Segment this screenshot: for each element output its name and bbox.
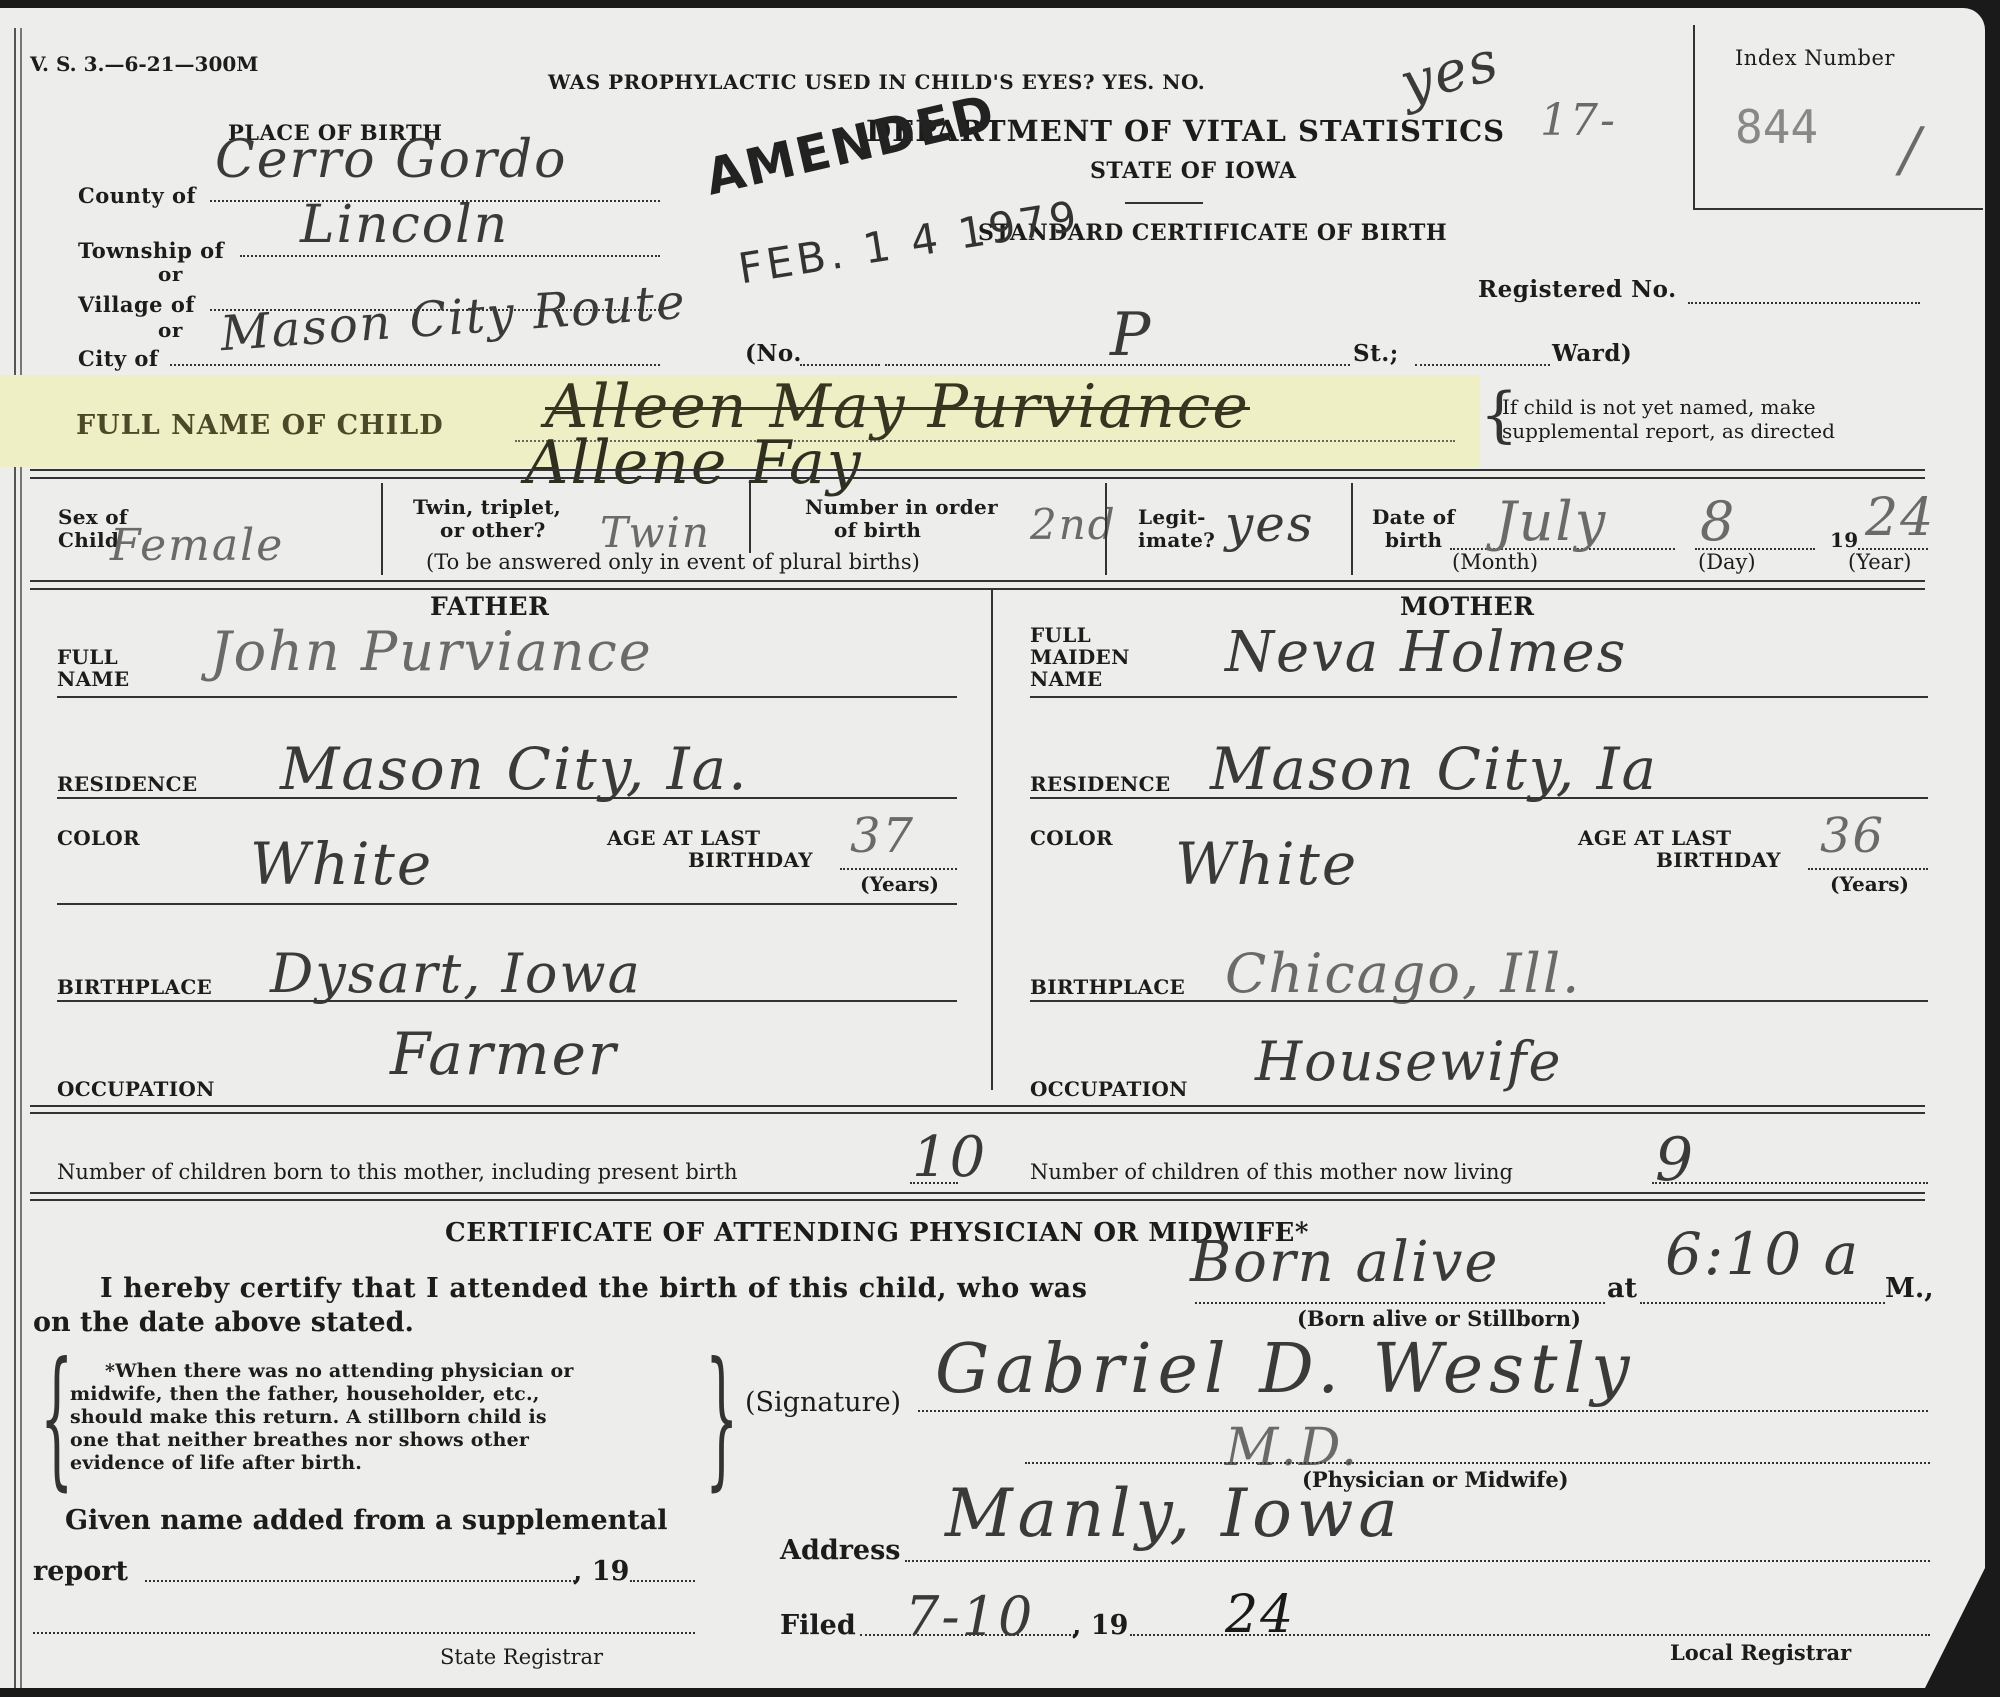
city-field[interactable]	[170, 364, 660, 366]
father-color-line	[57, 903, 957, 905]
legit-label-2: imate?	[1138, 528, 1215, 552]
father-age-field[interactable]	[840, 868, 957, 870]
divider-parents-top-2	[30, 588, 1925, 590]
dob-month: July	[1495, 490, 1607, 553]
col-sep-1	[381, 483, 383, 575]
township-value: Lincoln	[300, 195, 509, 255]
children-born-value: 10	[912, 1125, 987, 1190]
divider-cert-top-1	[30, 1192, 1925, 1194]
township-label: Township of	[78, 238, 224, 263]
footnote-brace-right: }	[705, 1358, 738, 1478]
credential-field	[1025, 1462, 1930, 1464]
mother-years-caption: (Years)	[1830, 872, 1909, 896]
footnote: *When there was no attending physician o…	[70, 1360, 695, 1475]
twin-label-2: or other?	[440, 518, 546, 542]
col-sep-3	[1105, 483, 1107, 575]
father-birthplace-line[interactable]	[57, 1000, 957, 1002]
child-name-label: FULL NAME OF CHILD	[76, 410, 444, 441]
father-name-value: John Purviance	[210, 620, 653, 683]
legit-value: yes	[1225, 495, 1315, 553]
father-name-label-1: FULL	[57, 645, 118, 669]
address-field[interactable]	[905, 1560, 1930, 1562]
county-value: Cerro Gordo	[215, 130, 567, 190]
child-name-amended: Allene Fay	[525, 428, 863, 498]
registered-no-field[interactable]	[1688, 302, 1920, 304]
footnote-line: midwife, then the father, householder, e…	[70, 1383, 695, 1406]
order-label-1: Number in order	[805, 495, 998, 519]
father-age-label-2: BIRTHDAY	[688, 848, 813, 872]
at-label: at	[1607, 1273, 1637, 1304]
state-registrar-caption: State Registrar	[440, 1645, 603, 1669]
col-sep-4	[1351, 483, 1353, 575]
mother-name-label-1: FULL	[1030, 623, 1091, 647]
footnote-line: one that neither breathes nor shows othe…	[70, 1429, 695, 1452]
mother-name-label-3: NAME	[1030, 667, 1102, 691]
mother-name-label-2: MAIDEN	[1030, 645, 1130, 669]
divider-parents-top-1	[30, 580, 1925, 582]
born-status-value: Born alive	[1190, 1230, 1500, 1295]
footnote-brace-left: {	[40, 1358, 73, 1478]
mother-name-value: Neva Holmes	[1225, 620, 1627, 685]
dob-year: 24	[1865, 488, 1935, 548]
filed-year-prefix: , 19	[1072, 1610, 1128, 1641]
mother-name-line[interactable]	[1030, 696, 1928, 698]
father-residence-label: RESIDENCE	[57, 772, 197, 796]
mother-residence-line[interactable]	[1030, 797, 1928, 799]
mother-birthplace-value: Chicago, Ill.	[1225, 942, 1581, 1005]
physician-cert-heading: CERTIFICATE OF ATTENDING PHYSICIAN OR MI…	[445, 1218, 1309, 1248]
mother-birthplace-line[interactable]	[1030, 1000, 1928, 1002]
col-sep-2	[749, 483, 751, 553]
index-number-value: 844	[1735, 100, 1818, 154]
born-status-field[interactable]	[1195, 1302, 1605, 1304]
city-label: City of	[78, 346, 158, 371]
mother-birthplace-label: BIRTHPLACE	[1030, 975, 1185, 999]
local-registrar-caption: Local Registrar	[1670, 1640, 1851, 1665]
signature-value: Gabriel D. Westly	[935, 1330, 1636, 1409]
time-field[interactable]	[1640, 1302, 1885, 1304]
torn-corner	[1925, 1568, 1985, 1688]
dob-day: 8	[1700, 490, 1736, 553]
ward-field[interactable]	[1415, 364, 1550, 366]
divider-count-top-1	[30, 1105, 1925, 1107]
twin-label-1: Twin, triplet,	[413, 495, 561, 519]
mother-residence-value: Mason City, Ia	[1210, 735, 1658, 803]
m-label: M.,	[1885, 1273, 1934, 1304]
father-occupation-value: Farmer	[390, 1020, 618, 1088]
left-border-line-inner	[20, 28, 22, 1688]
supplemental-note-2: supplemental report, as directed	[1502, 419, 1835, 443]
street-no-label: (No.	[745, 340, 802, 367]
index-number-label: Index Number	[1735, 46, 1895, 70]
mother-age-field[interactable]	[1808, 868, 1928, 870]
report-year-field[interactable]	[630, 1580, 695, 1582]
certify-text-2: on the date above stated.	[33, 1307, 414, 1338]
year-caption: (Year)	[1848, 550, 1911, 574]
father-years-caption: (Years)	[860, 872, 939, 896]
state-registrar-field[interactable]	[33, 1632, 695, 1634]
mother-age-value: 36	[1820, 808, 1885, 864]
report-date-field[interactable]	[145, 1580, 575, 1582]
father-age-value: 37	[850, 808, 915, 864]
order-value: 2nd	[1030, 500, 1117, 549]
father-name-label-2: NAME	[57, 667, 129, 691]
report-label: report	[33, 1556, 128, 1587]
address-label: Address	[780, 1535, 901, 1566]
signature-field[interactable]	[918, 1410, 1928, 1412]
mother-occupation-value: Housewife	[1255, 1030, 1563, 1093]
parents-divider	[991, 590, 993, 1090]
sex-value: Female	[110, 520, 284, 571]
father-residence-value: Mason City, Ia.	[280, 735, 749, 803]
dob-label-1: Date of	[1372, 505, 1455, 529]
prophylactic-note: 17-	[1540, 95, 1617, 146]
divider-child-top-2	[30, 477, 1925, 479]
legit-label-1: Legit-	[1138, 505, 1206, 529]
children-born-label: Number of children born to this mother, …	[57, 1160, 738, 1184]
father-birthplace-label: BIRTHPLACE	[57, 975, 212, 999]
mother-color-label: COLOR	[1030, 826, 1113, 850]
mother-residence-label: RESIDENCE	[1030, 772, 1170, 796]
father-age-label-1: AGE AT LAST	[607, 826, 760, 850]
mother-age-label-1: AGE AT LAST	[1578, 826, 1731, 850]
divider-count-top-2	[30, 1112, 1925, 1114]
plural-note: (To be answered only in event of plural …	[426, 550, 920, 574]
father-color-label: COLOR	[57, 826, 140, 850]
street-value: P	[1110, 300, 1152, 370]
dob-label-2: birth	[1385, 528, 1442, 552]
born-caption: (Born alive or Stillborn)	[1297, 1306, 1581, 1331]
registered-no-label: Registered No.	[1478, 276, 1677, 303]
village-label: Village of	[78, 292, 195, 317]
mother-occupation-label: OCCUPATION	[1030, 1077, 1188, 1101]
street-no-field[interactable]	[800, 364, 880, 366]
filed-label: Filed	[780, 1610, 856, 1641]
father-occupation-label: OCCUPATION	[57, 1077, 215, 1101]
ward-label: Ward)	[1552, 340, 1632, 367]
month-caption: (Month)	[1452, 550, 1538, 574]
county-label: County of	[78, 183, 196, 208]
divider-child-top-1	[30, 469, 1925, 471]
filed-year-value: 24	[1225, 1585, 1295, 1645]
father-heading: FATHER	[430, 592, 549, 621]
footnote-line: evidence of life after birth.	[70, 1452, 695, 1475]
footnote-line: *When there was no attending physician o…	[70, 1360, 695, 1383]
order-label-2: of birth	[834, 518, 921, 542]
form-number: V. S. 3.—6-21—300M	[30, 52, 258, 76]
prophylactic-question: WAS PROPHYLACTIC USED IN CHILD'S EYES? Y…	[548, 70, 1205, 94]
state-title: STATE OF IOWA	[1090, 158, 1297, 184]
address-value: Manly, Iowa	[945, 1475, 1403, 1552]
index-mark: /	[1900, 115, 1922, 185]
mother-age-label-2: BIRTHDAY	[1656, 848, 1781, 872]
day-caption: (Day)	[1698, 550, 1756, 574]
children-living-value: 9	[1655, 1125, 1695, 1195]
father-residence-line[interactable]	[57, 797, 957, 799]
father-color-value: White	[250, 830, 433, 898]
father-name-line[interactable]	[57, 696, 957, 698]
mother-heading: MOTHER	[1400, 592, 1535, 621]
or-label-2: or	[158, 318, 183, 342]
or-label-1: or	[158, 262, 183, 286]
mother-color-value: White	[1175, 830, 1358, 898]
time-value: 6:10 a	[1665, 1220, 1860, 1288]
supplemental-note-1: If child is not yet named, make	[1502, 395, 1816, 419]
st-label: St.;	[1353, 340, 1399, 367]
filed-date-value: 7-10	[905, 1585, 1034, 1648]
certify-text-1: I hereby certify that I attended the bir…	[100, 1273, 1088, 1304]
title-divider	[1125, 202, 1203, 204]
dob-year-prefix: 19	[1830, 528, 1858, 552]
township-field[interactable]	[240, 255, 660, 257]
given-name-label: Given name added from a supplemental	[65, 1505, 668, 1536]
divider-cert-top-2	[30, 1199, 1925, 1201]
signature-label: (Signature)	[745, 1387, 901, 1418]
father-birthplace-value: Dysart, Iowa	[270, 942, 642, 1005]
footnote-line: should make this return. A stillborn chi…	[70, 1406, 695, 1429]
children-living-label: Number of children of this mother now li…	[1030, 1160, 1513, 1184]
left-border-line	[14, 28, 16, 1688]
report-year-prefix: , 19	[573, 1556, 629, 1587]
